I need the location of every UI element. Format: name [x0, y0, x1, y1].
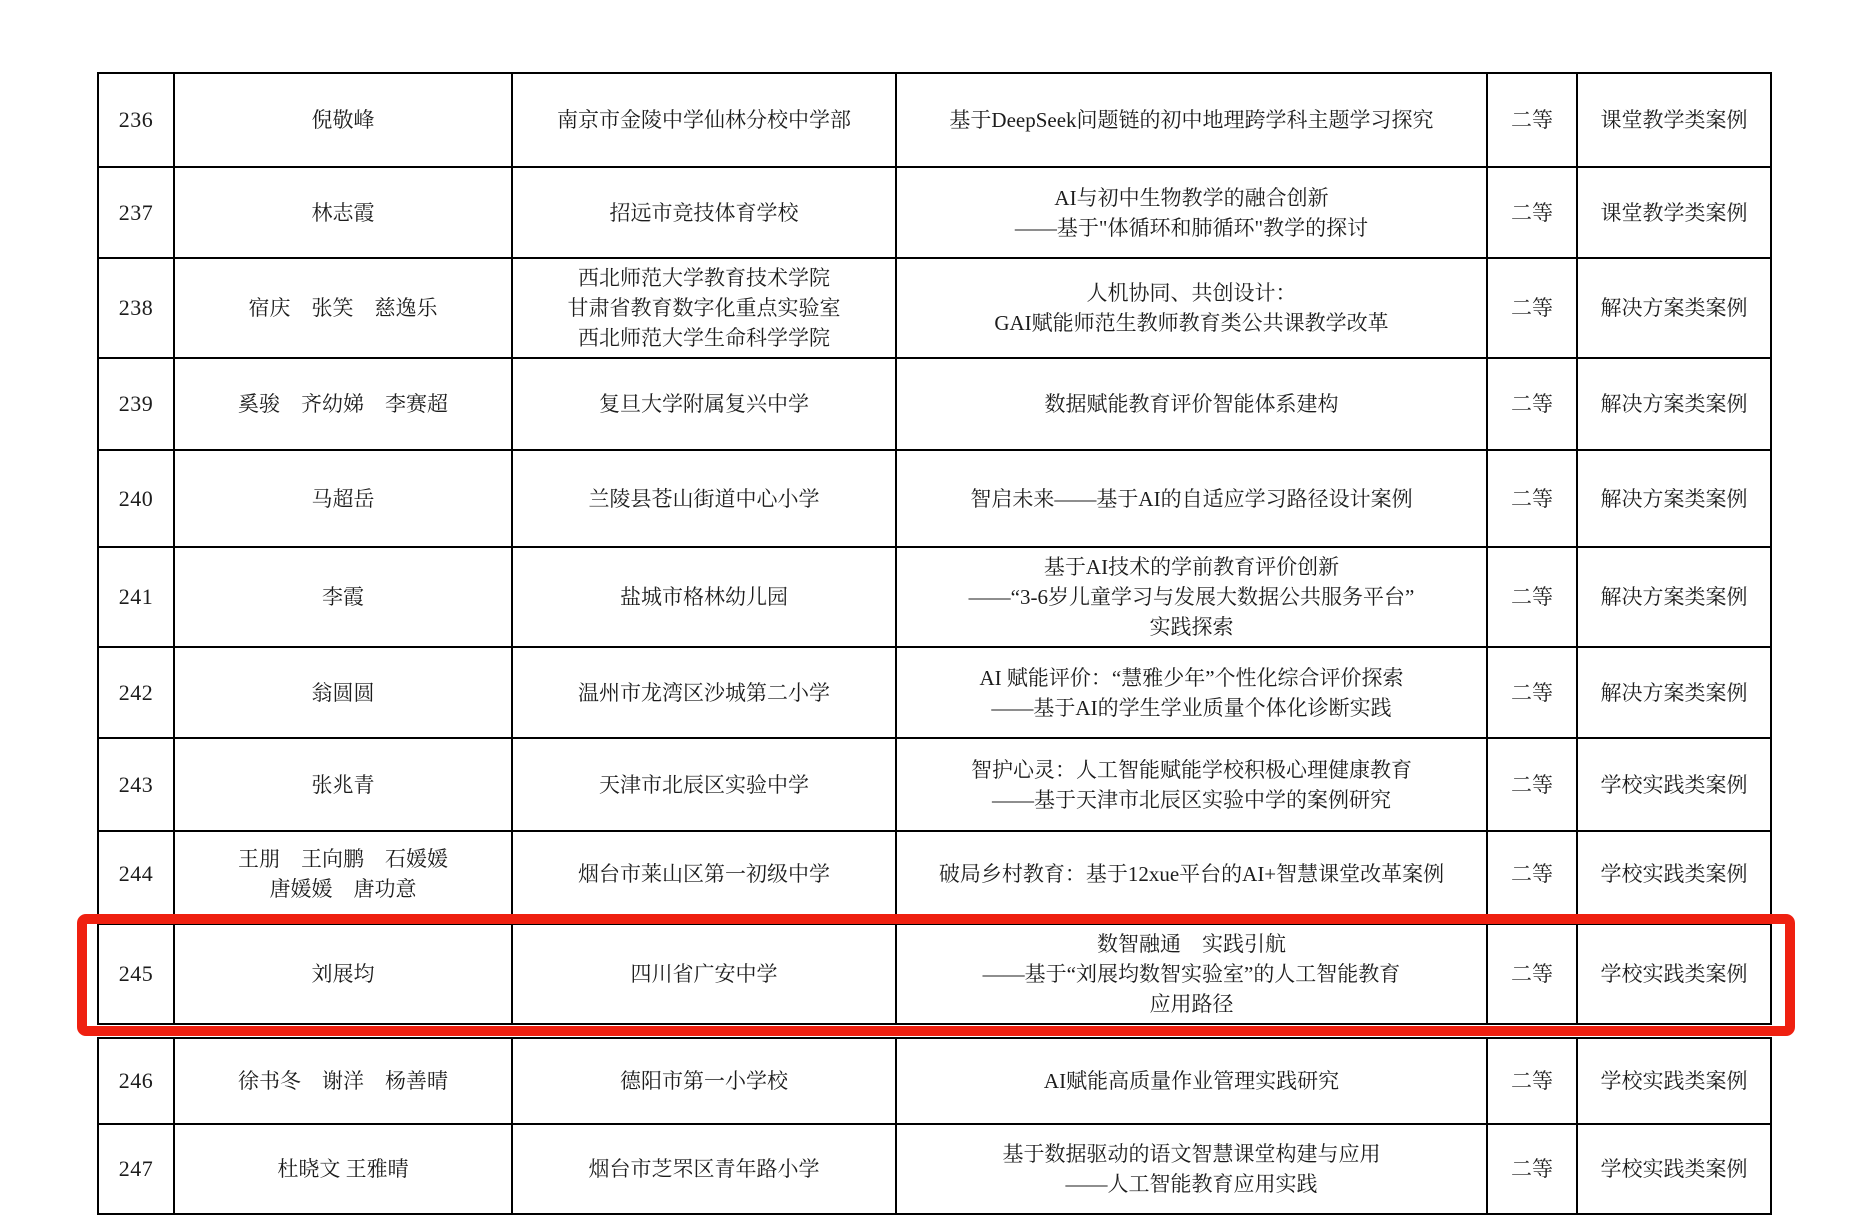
cell-award-level: 二等 [1487, 167, 1577, 258]
cell-institution: 西北师范大学教育技术学院 甘肃省教育数字化重点实验室 西北师范大学生命科学学院 [512, 258, 896, 358]
cell-serial-number: 236 [98, 73, 174, 167]
cell-serial-number: 239 [98, 358, 174, 450]
award-table-upper: 236 倪敬峰 南京市金陵中学仙林分校中学部 基于DeepSeek问题链的初中地… [97, 72, 1772, 917]
cell-authors: 奚骏 齐幼娣 李赛超 [174, 358, 512, 450]
award-table-highlighted: 245 刘展均 四川省广安中学 数智融通 实践引航 ——基于“刘展均数智实验室”… [97, 923, 1772, 1025]
highlighted-row-wrapper: 245 刘展均 四川省广安中学 数智融通 实践引航 ——基于“刘展均数智实验室”… [97, 923, 1770, 1025]
cell-case-category: 课堂教学类案例 [1577, 73, 1771, 167]
cell-award-level: 二等 [1487, 738, 1577, 831]
cell-award-level: 二等 [1487, 258, 1577, 358]
table-row: 240 马超岳 兰陵县苍山街道中心小学 智启未来——基于AI的自适应学习路径设计… [98, 450, 1771, 547]
table-row: 247 杜晓文 王雅晴 烟台市芝罘区青年路小学 基于数据驱动的语文智慧课堂构建与… [98, 1124, 1771, 1214]
cell-authors: 马超岳 [174, 450, 512, 547]
cell-serial-number: 238 [98, 258, 174, 358]
cell-authors: 李霞 [174, 547, 512, 647]
cell-case-category: 学校实践类案例 [1577, 924, 1771, 1024]
cell-institution: 复旦大学附属复兴中学 [512, 358, 896, 450]
cell-case-title: 数据赋能教育评价智能体系建构 [896, 358, 1487, 450]
cell-case-category: 解决方案类案例 [1577, 358, 1771, 450]
cell-serial-number: 241 [98, 547, 174, 647]
cell-serial-number: 242 [98, 647, 174, 738]
table-row: 245 刘展均 四川省广安中学 数智融通 实践引航 ——基于“刘展均数智实验室”… [98, 924, 1771, 1024]
cell-case-title: 人机协同、共创设计： GAI赋能师范生教师教育类公共课教学改革 [896, 258, 1487, 358]
cell-serial-number: 243 [98, 738, 174, 831]
cell-award-level: 二等 [1487, 547, 1577, 647]
cell-authors: 翁圆圆 [174, 647, 512, 738]
cell-serial-number: 240 [98, 450, 174, 547]
cell-case-title: 基于DeepSeek问题链的初中地理跨学科主题学习探究 [896, 73, 1487, 167]
table-row: 236 倪敬峰 南京市金陵中学仙林分校中学部 基于DeepSeek问题链的初中地… [98, 73, 1771, 167]
cell-case-title: AI 赋能评价：“慧雅少年”个性化综合评价探索 ——基于AI的学生学业质量个体化… [896, 647, 1487, 738]
cell-serial-number: 237 [98, 167, 174, 258]
award-table-lower: 246 徐书冬 谢洋 杨善晴 德阳市第一小学校 AI赋能高质量作业管理实践研究 … [97, 1037, 1772, 1215]
cell-case-title: 智护心灵：人工智能赋能学校积极心理健康教育 ——基于天津市北辰区实验中学的案例研… [896, 738, 1487, 831]
cell-case-title: 数智融通 实践引航 ——基于“刘展均数智实验室”的人工智能教育 应用路径 [896, 924, 1487, 1024]
cell-case-category: 学校实践类案例 [1577, 738, 1771, 831]
cell-case-title: AI与初中生物教学的融合创新 ——基于"体循环和肺循环"教学的探讨 [896, 167, 1487, 258]
cell-institution: 天津市北辰区实验中学 [512, 738, 896, 831]
cell-authors: 刘展均 [174, 924, 512, 1024]
cell-authors: 杜晓文 王雅晴 [174, 1124, 512, 1214]
table-row: 239 奚骏 齐幼娣 李赛超 复旦大学附属复兴中学 数据赋能教育评价智能体系建构… [98, 358, 1771, 450]
cell-authors: 王朋 王向鹏 石媛媛 唐媛媛 唐功意 [174, 831, 512, 916]
cell-award-level: 二等 [1487, 831, 1577, 916]
award-table-lower-body: 246 徐书冬 谢洋 杨善晴 德阳市第一小学校 AI赋能高质量作业管理实践研究 … [98, 1038, 1771, 1214]
cell-award-level: 二等 [1487, 1038, 1577, 1124]
cell-case-title: AI赋能高质量作业管理实践研究 [896, 1038, 1487, 1124]
cell-case-title: 智启未来——基于AI的自适应学习路径设计案例 [896, 450, 1487, 547]
table-row: 246 徐书冬 谢洋 杨善晴 德阳市第一小学校 AI赋能高质量作业管理实践研究 … [98, 1038, 1771, 1124]
cell-case-category: 学校实践类案例 [1577, 831, 1771, 916]
cell-institution: 兰陵县苍山街道中心小学 [512, 450, 896, 547]
cell-institution: 南京市金陵中学仙林分校中学部 [512, 73, 896, 167]
table-row: 237 林志霞 招远市竞技体育学校 AI与初中生物教学的融合创新 ——基于"体循… [98, 167, 1771, 258]
cell-case-title: 基于AI技术的学前教育评价创新 ——“3-6岁儿童学习与发展大数据公共服务平台”… [896, 547, 1487, 647]
table-row: 244 王朋 王向鹏 石媛媛 唐媛媛 唐功意 烟台市莱山区第一初级中学 破局乡村… [98, 831, 1771, 916]
cell-case-title: 破局乡村教育：基于12xue平台的AI+智慧课堂改革案例 [896, 831, 1487, 916]
cell-case-category: 解决方案类案例 [1577, 647, 1771, 738]
table-section-gap [97, 1025, 1770, 1037]
cell-case-category: 课堂教学类案例 [1577, 167, 1771, 258]
cell-institution: 烟台市芝罘区青年路小学 [512, 1124, 896, 1214]
cell-authors: 徐书冬 谢洋 杨善晴 [174, 1038, 512, 1124]
table-row: 242 翁圆圆 温州市龙湾区沙城第二小学 AI 赋能评价：“慧雅少年”个性化综合… [98, 647, 1771, 738]
cell-case-category: 学校实践类案例 [1577, 1124, 1771, 1214]
cell-authors: 宿庆 张笑 慈逸乐 [174, 258, 512, 358]
cell-institution: 烟台市莱山区第一初级中学 [512, 831, 896, 916]
cell-case-category: 解决方案类案例 [1577, 258, 1771, 358]
cell-case-category: 解决方案类案例 [1577, 450, 1771, 547]
cell-institution: 德阳市第一小学校 [512, 1038, 896, 1124]
table-row: 241 李霞 盐城市格林幼儿园 基于AI技术的学前教育评价创新 ——“3-6岁儿… [98, 547, 1771, 647]
cell-serial-number: 245 [98, 924, 174, 1024]
cell-award-level: 二等 [1487, 924, 1577, 1024]
cell-authors: 倪敬峰 [174, 73, 512, 167]
cell-award-level: 二等 [1487, 647, 1577, 738]
award-table-highlighted-body: 245 刘展均 四川省广安中学 数智融通 实践引航 ——基于“刘展均数智实验室”… [98, 924, 1771, 1024]
award-table-upper-body: 236 倪敬峰 南京市金陵中学仙林分校中学部 基于DeepSeek问题链的初中地… [98, 73, 1771, 916]
table-row: 238 宿庆 张笑 慈逸乐 西北师范大学教育技术学院 甘肃省教育数字化重点实验室… [98, 258, 1771, 358]
cell-serial-number: 247 [98, 1124, 174, 1214]
cell-serial-number: 246 [98, 1038, 174, 1124]
cell-authors: 林志霞 [174, 167, 512, 258]
cell-institution: 招远市竞技体育学校 [512, 167, 896, 258]
cell-award-level: 二等 [1487, 73, 1577, 167]
document-page: 236 倪敬峰 南京市金陵中学仙林分校中学部 基于DeepSeek问题链的初中地… [0, 0, 1874, 1215]
cell-institution: 盐城市格林幼儿园 [512, 547, 896, 647]
award-table-zone: 236 倪敬峰 南京市金陵中学仙林分校中学部 基于DeepSeek问题链的初中地… [97, 72, 1770, 1215]
cell-case-category: 学校实践类案例 [1577, 1038, 1771, 1124]
cell-case-title: 基于数据驱动的语文智慧课堂构建与应用 ——人工智能教育应用实践 [896, 1124, 1487, 1214]
cell-award-level: 二等 [1487, 1124, 1577, 1214]
cell-authors: 张兆青 [174, 738, 512, 831]
table-row: 243 张兆青 天津市北辰区实验中学 智护心灵：人工智能赋能学校积极心理健康教育… [98, 738, 1771, 831]
cell-institution: 温州市龙湾区沙城第二小学 [512, 647, 896, 738]
cell-case-category: 解决方案类案例 [1577, 547, 1771, 647]
cell-award-level: 二等 [1487, 358, 1577, 450]
cell-serial-number: 244 [98, 831, 174, 916]
cell-institution: 四川省广安中学 [512, 924, 896, 1024]
cell-award-level: 二等 [1487, 450, 1577, 547]
